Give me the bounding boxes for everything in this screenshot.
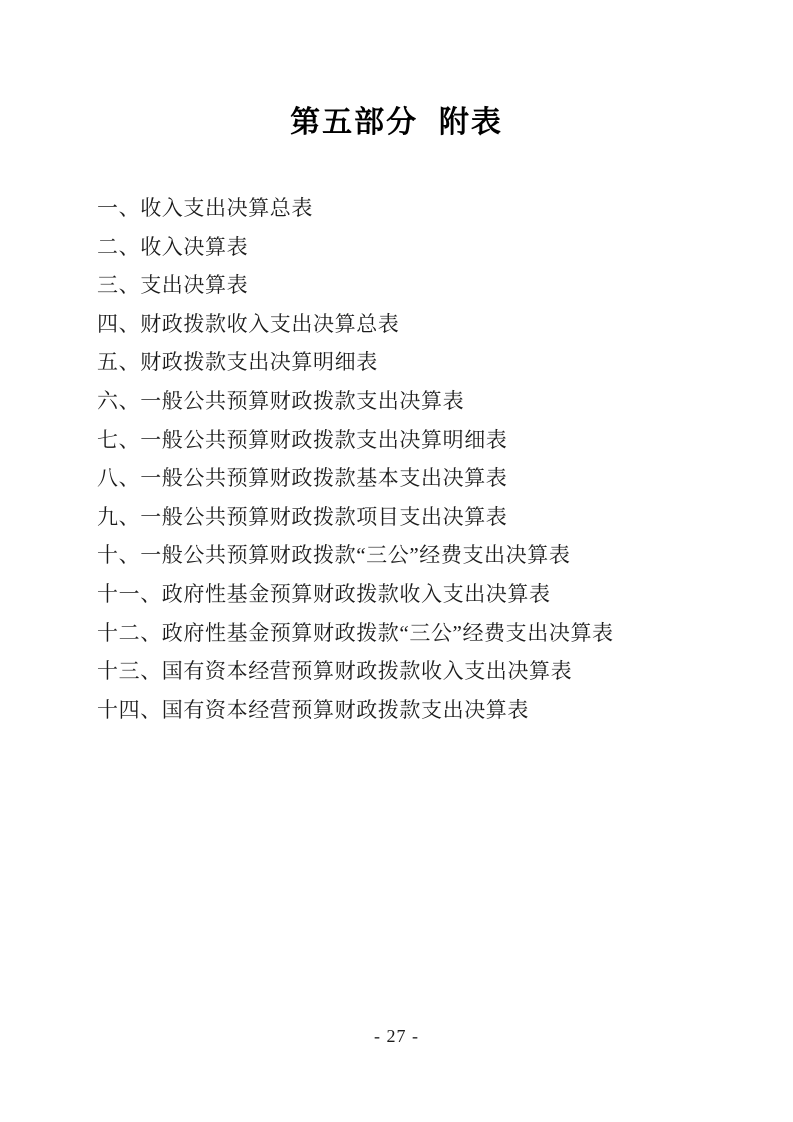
list-item: 九、一般公共预算财政拨款项目支出决算表 <box>97 498 733 537</box>
document-page: 第五部分 附表 一、收入支出决算总表 二、收入决算表 三、支出决算表 四、财政拨… <box>0 0 793 1122</box>
list-item: 八、一般公共预算财政拨款基本支出决算表 <box>97 459 733 498</box>
list-item: 三、支出决算表 <box>97 266 733 305</box>
list-item: 五、财政拨款支出决算明细表 <box>97 343 733 382</box>
list-item: 一、收入支出决算总表 <box>97 189 733 228</box>
list-item: 十二、政府性基金预算财政拨款“三公”经费支出决算表 <box>97 614 733 653</box>
list-item: 二、收入决算表 <box>97 228 733 267</box>
list-item: 六、一般公共预算财政拨款支出决算表 <box>97 382 733 421</box>
list-item: 十四、国有资本经营预算财政拨款支出决算表 <box>97 691 733 730</box>
attached-tables-list: 一、收入支出决算总表 二、收入决算表 三、支出决算表 四、财政拨款收入支出决算总… <box>97 189 733 729</box>
list-item: 十、一般公共预算财政拨款“三公”经费支出决算表 <box>97 536 733 575</box>
list-item: 十一、政府性基金预算财政拨款收入支出决算表 <box>97 575 733 614</box>
list-item: 七、一般公共预算财政拨款支出决算明细表 <box>97 421 733 460</box>
page-number: - 27 - <box>0 1026 793 1047</box>
page-title: 第五部分 附表 <box>0 106 793 140</box>
list-item: 四、财政拨款收入支出决算总表 <box>97 305 733 344</box>
list-item: 十三、国有资本经营预算财政拨款收入支出决算表 <box>97 652 733 691</box>
